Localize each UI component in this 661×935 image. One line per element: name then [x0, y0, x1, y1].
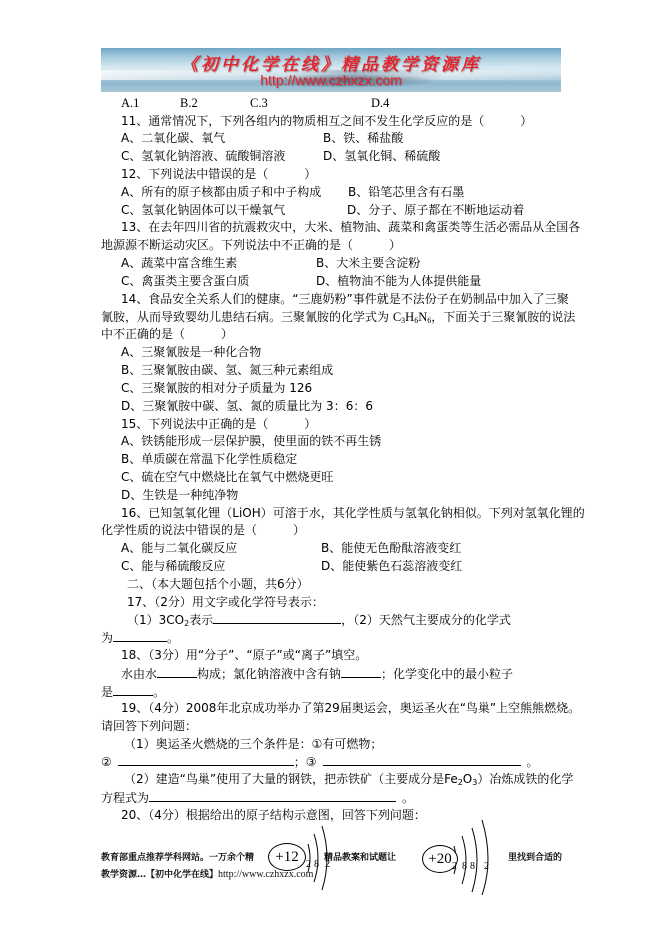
- q18-blank-3[interactable]: [113, 684, 153, 696]
- shell-2-electrons: 8: [314, 858, 319, 872]
- q18-line2: 水由水构成；氯化钠溶液中含有钠；化学变化中的最小粒子: [121, 666, 513, 681]
- q11-stem: 11、通常情况下，下列各组内的物质相互之间不发生化学反应的是（ ）: [121, 114, 532, 128]
- shell-3-electrons: 2: [325, 858, 330, 872]
- q17-blank-1[interactable]: [213, 612, 341, 624]
- q17-stem: 17、（2分）用文字或化学符号表示：: [127, 595, 324, 609]
- q13-option-b: B、大米主要含淀粉: [316, 256, 420, 270]
- q18-blank-1[interactable]: [157, 666, 197, 678]
- q15-option-a: A、铁锈能形成一层保护膜，使里面的铁不再生锈: [121, 434, 381, 448]
- q16-option-c: C、能与稀硫酸反应: [121, 559, 225, 573]
- header-banner: 《初中化学在线》精品教学资源库 http://www.czhxzx.com: [101, 48, 561, 92]
- q16-option-b: B、能使无色酚酞溶液变红: [321, 541, 461, 555]
- atom-diagram-ca: +20 2 8 8 2: [420, 820, 520, 895]
- q19-equation-line: 方程式为。: [101, 790, 414, 805]
- q14-stem-line2: 氰胺，从而导致婴幼儿患结石病。三聚氰胺的化学式为 C3H6N6，下面关于三聚氰胺…: [101, 310, 575, 324]
- q14-stem-text-a: 氰胺，从而导致婴幼儿患结石病。三聚氰胺的化学式为: [101, 310, 393, 324]
- q15-option-d: D、生铁是一种纯净物: [121, 488, 238, 502]
- q17-part1-label: （1）3CO: [127, 613, 184, 627]
- q11-option-c: C、氢氧化钠溶液、硫酸铜溶液: [121, 149, 285, 163]
- q13-option-a: A、蔬菜中富含维生素: [121, 256, 237, 270]
- q17-part2-label: ，（2）天然气主要成分的化学式: [341, 613, 511, 627]
- q19-part1: （1）奥运圣火燃烧的三个条件是：①有可燃物；: [124, 737, 382, 751]
- nucleus-mg: +12: [268, 843, 306, 871]
- atom-diagram-mg: +12 2 8 2: [270, 820, 340, 890]
- section2-heading: 二、（本大题包括个小题，共6分）: [127, 577, 309, 591]
- q10-option-d: D.4: [371, 96, 389, 110]
- q13-option-c: C、禽蛋类主要含蛋白质: [121, 274, 249, 288]
- q16-stem-line2: 化学性质的说法中错误的是（ ）: [101, 523, 305, 537]
- q11-option-a: A、二氧化碳、氧气: [121, 131, 225, 145]
- q16-stem-line1: 16、已知氢氧化锂（LiOH）可溶于水，其化学性质与氢氧化钠相似。下列对氢氧化锂…: [121, 506, 585, 520]
- shell-1-electrons: 2: [452, 860, 457, 874]
- q16-option-a: A、能与二氧化碳反应: [121, 541, 237, 555]
- q19-blank-2[interactable]: [118, 754, 294, 766]
- q10-option-c: C.3: [250, 96, 268, 110]
- shell-1-electrons: 2: [306, 858, 311, 872]
- melamine-formula: C3H6N6: [393, 310, 431, 324]
- q17-blank-2[interactable]: [113, 630, 167, 642]
- q14-stem-line1: 14、食品安全关系人们的健康。“三鹿奶粉”事件就是不法份子在奶制品中加入了三聚: [121, 292, 569, 306]
- q19-blanks-line: ②；③。: [101, 754, 539, 769]
- q18-line3: 是。: [101, 684, 165, 699]
- q13-option-d: D、植物油不能为人体提供能量: [316, 274, 481, 288]
- q12-option-b: B、铅笔芯里含有石墨: [348, 185, 464, 199]
- q14-stem-text-b: ，下面关于三聚氰胺的说法: [431, 310, 575, 324]
- q16-option-d: D、能使紫色石蕊溶液变红: [321, 559, 462, 573]
- q14-option-b: B、三聚氰胺由碳、氢、氮三种元素组成: [121, 363, 333, 377]
- q11-option-b: B、铁、稀盐酸: [323, 131, 403, 145]
- q15-stem: 15、下列说法中正确的是（ ）: [121, 417, 316, 431]
- q13-stem-line1: 13、在去年四川省的抗震救灾中，大米、植物油、蔬菜和禽蛋类等生活必需品从全国各: [121, 220, 580, 234]
- q13-stem-line2: 地源源不断运动灾区。下列说法中不正确的是（ ）: [101, 238, 401, 252]
- q19-blank-3[interactable]: [323, 754, 521, 766]
- q19-stem-line1: 19、（4分）2008年北京成功举办了第29届奥运会，奥运圣火在“鸟巢”上空熊熊…: [121, 701, 580, 715]
- q17-line2: 为。: [101, 630, 179, 645]
- q12-option-c: C、氢氧化钠固体可以干燥氧气: [121, 203, 285, 217]
- q10-option-b: B.2: [180, 96, 198, 110]
- q18-stem: 18、（3分）用“分子”、“原子”或“离子”填空。: [121, 648, 367, 662]
- q19-part2: （2）建造“鸟巢”使用了大量的钢铁，把赤铁矿（主要成分是Fe2O3）冶炼成铁的化…: [124, 772, 573, 786]
- q11-option-d: D、氢氧化铜、稀硫酸: [323, 149, 440, 163]
- banner-url-link[interactable]: http://www.czhxzx.com: [101, 72, 561, 88]
- q15-option-c: C、硫在空气中燃烧比在氧气中燃烧更旺: [121, 470, 333, 484]
- q12-option-d: D、分子、原子都在不断地运动着: [347, 203, 524, 217]
- q19-blank-equation[interactable]: [149, 790, 396, 802]
- q17-part1-line: （1）3CO2表示，（2）天然气主要成分的化学式: [127, 612, 511, 627]
- q14-option-d: D、三聚氰胺中碳、氢、氮的质量比为 3：6：6: [121, 399, 373, 413]
- q18-blank-2[interactable]: [341, 666, 381, 678]
- document-page: 《初中化学在线》精品教学资源库 http://www.czhxzx.com A.…: [0, 0, 661, 935]
- shell-4-electrons: 2: [484, 860, 489, 874]
- q14-option-c: C、三聚氰胺的相对分子质量为 126: [121, 381, 312, 395]
- q15-option-b: B、单质碳在常温下化学性质稳定: [121, 452, 297, 466]
- q14-option-a: A、三聚氰胺是一种化合物: [121, 345, 261, 359]
- q12-option-a: A、所有的原子核都由质子和中子构成: [121, 185, 321, 199]
- q14-stem-line3: 中不正确的是（ ）: [101, 327, 233, 341]
- shell-3-electrons: 8: [470, 860, 475, 874]
- q19-stem-line2: 请回答下列问题：: [101, 719, 197, 733]
- shell-2-electrons: 8: [462, 860, 467, 874]
- q10-option-a: A.1: [121, 96, 139, 110]
- q12-stem: 12、下列说法中错误的是（ ）: [121, 167, 316, 181]
